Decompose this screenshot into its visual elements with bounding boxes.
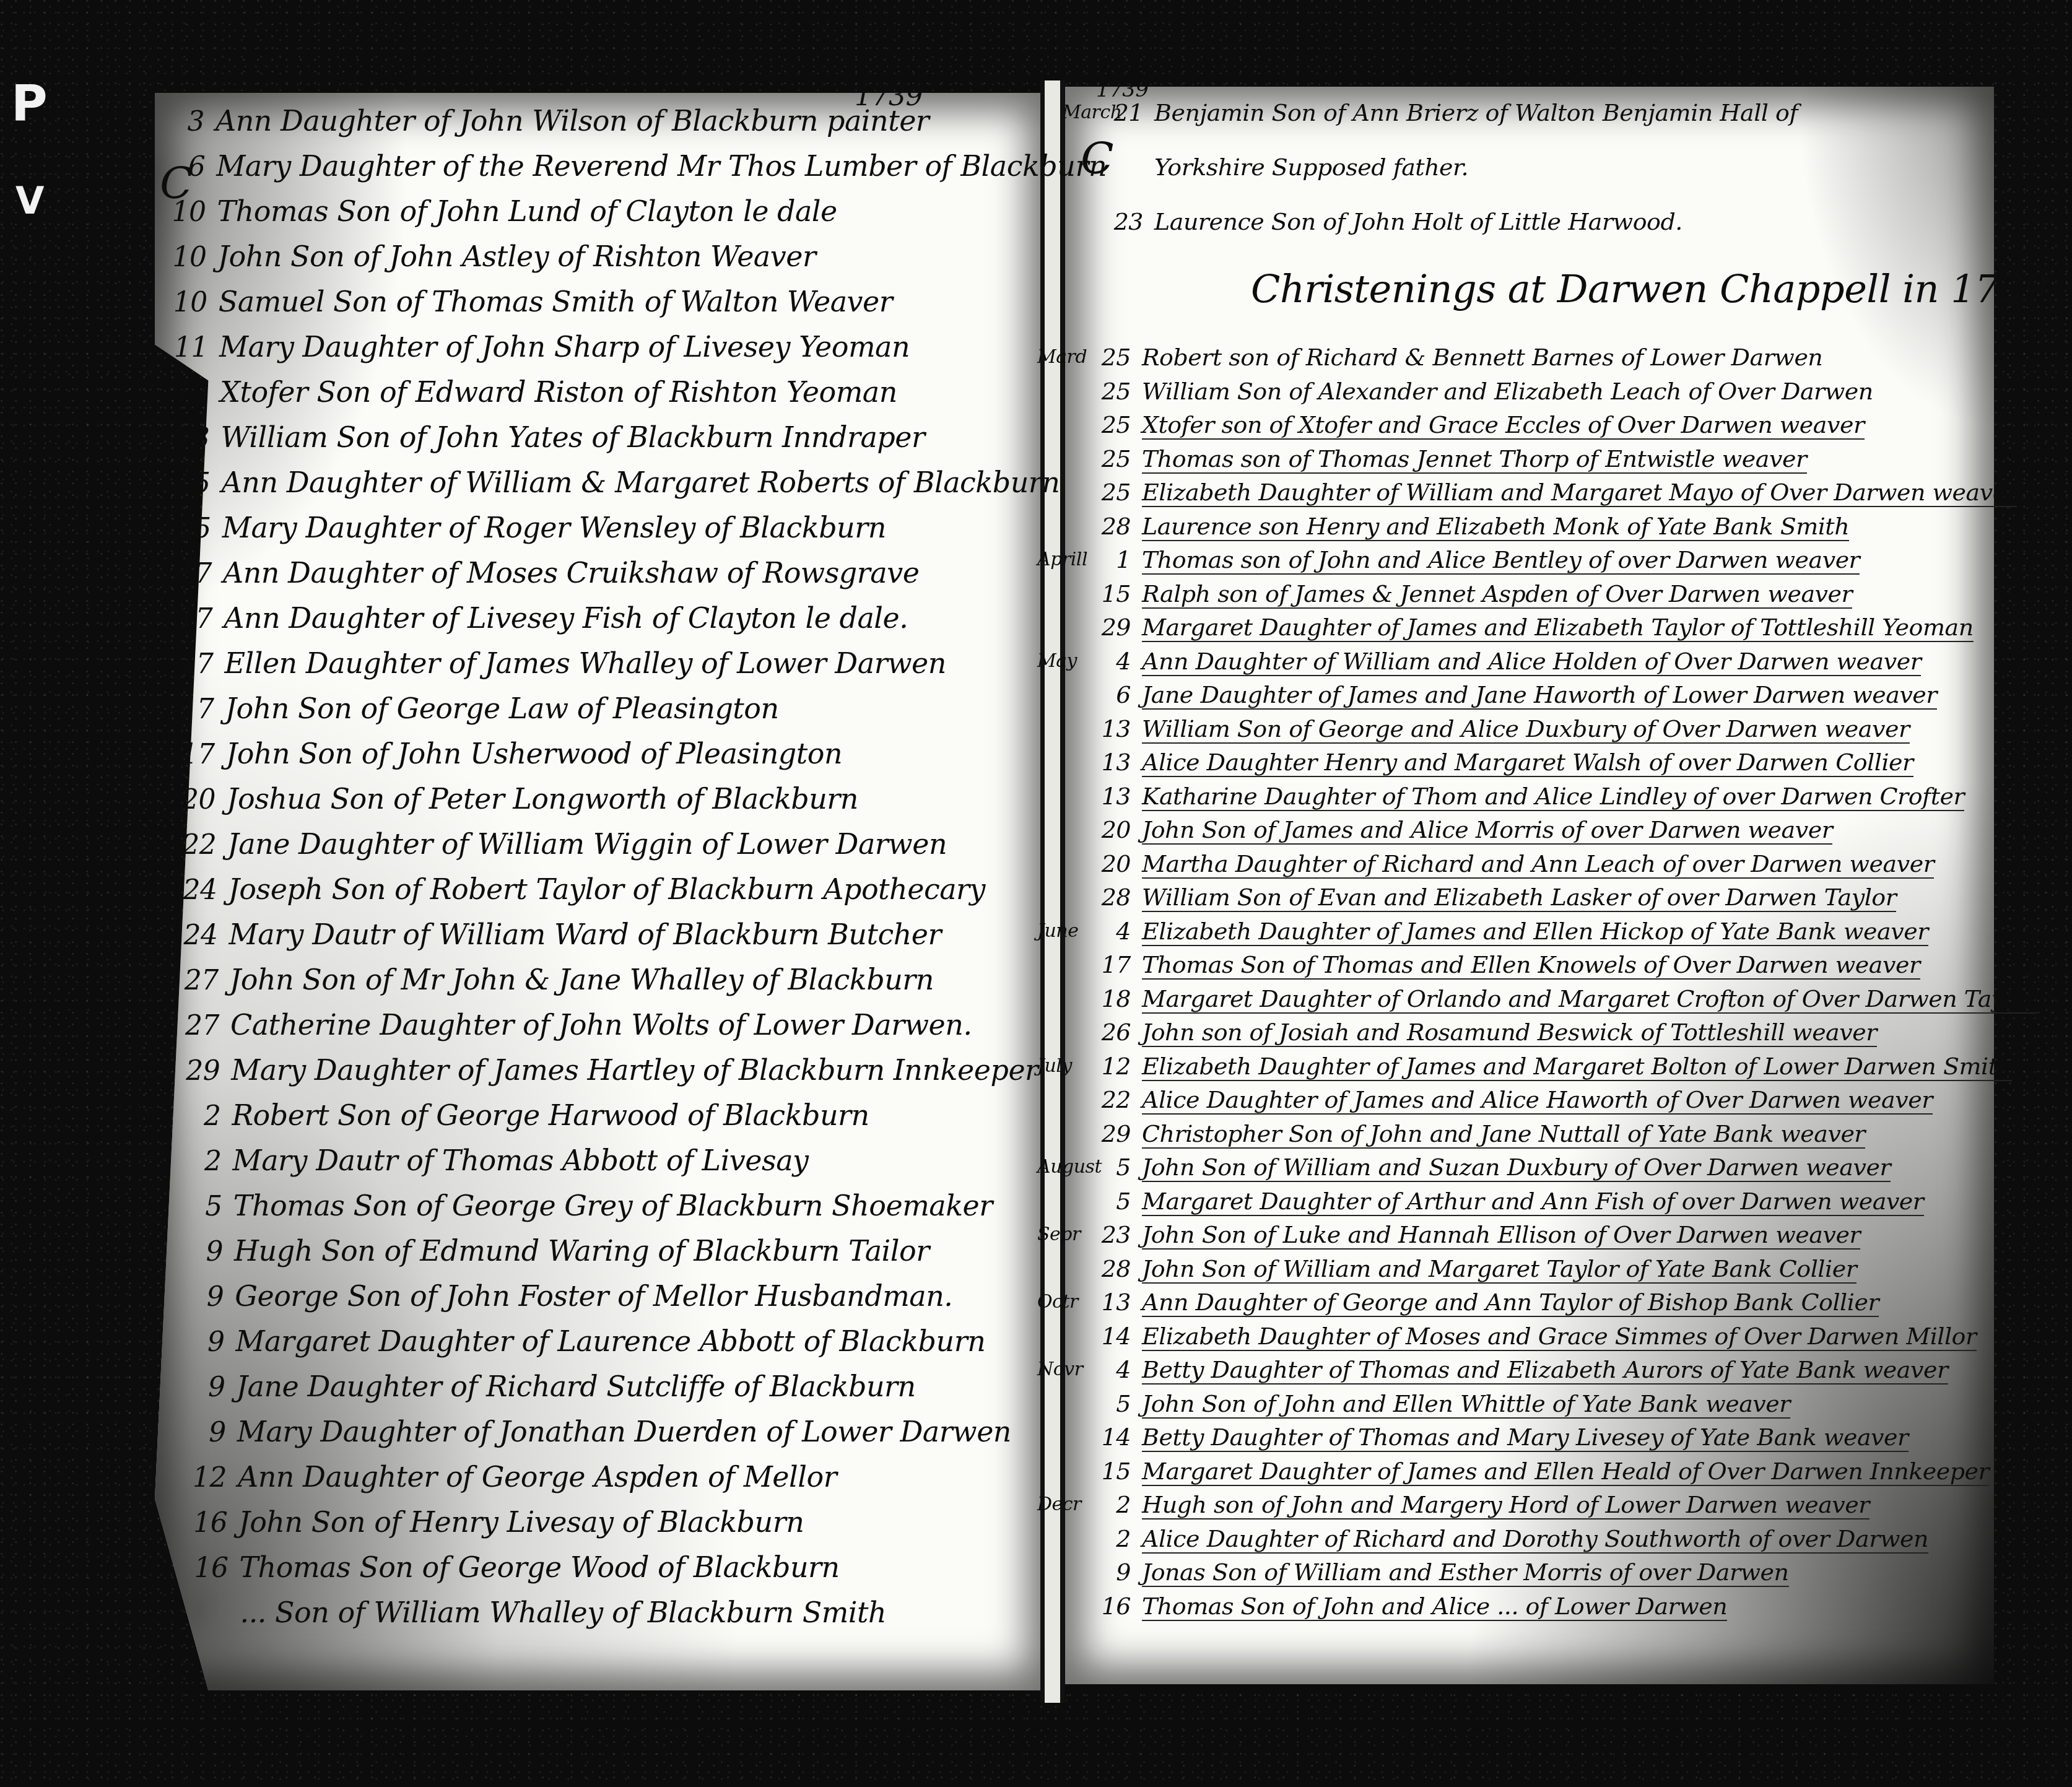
register-entry: 20Martha Daughter of Richard and Ann Lea… bbox=[1096, 850, 1934, 879]
entry-text: John Son of Luke and Hannah Ellison of O… bbox=[1142, 1221, 1860, 1250]
entry-text: Catherine Daughter of John Wolts of Lowe… bbox=[230, 1008, 972, 1041]
entry-text: Hugh son of John and Margery Hord of Low… bbox=[1142, 1491, 1870, 1520]
entry-text: Ralph son of James & Jennet Aspden of Ov… bbox=[1142, 580, 1852, 609]
register-entry: 29Margaret Daughter of James and Elizabe… bbox=[1096, 614, 1974, 642]
register-entry: 15Margaret Daughter of James and Ellen H… bbox=[1096, 1458, 1989, 1486]
entry-text: ... Son of William Whalley of Blackburn … bbox=[240, 1596, 887, 1629]
entry-day: 13 bbox=[172, 422, 209, 454]
entry-text: William Son of Evan and Elizabeth Lasker… bbox=[1142, 884, 1896, 912]
entry-text: Margaret Daughter of Arthur and Ann Fish… bbox=[1142, 1188, 1924, 1216]
register-entry: 17Thomas Son of Thomas and Ellen Knowels… bbox=[1096, 951, 1920, 980]
register-entry: 14Betty Daughter of Thomas and Mary Live… bbox=[1096, 1424, 1909, 1452]
entry-month: June bbox=[1037, 920, 1078, 942]
register-entry: May4Ann Daughter of William and Alice Ho… bbox=[1096, 648, 1921, 676]
register-entry: 5John Son of John and Ellen Whittle of Y… bbox=[1096, 1390, 1790, 1419]
register-entry: 2Mary Dautr of Thomas Abbott of Livesay bbox=[185, 1144, 809, 1177]
entry-day: 22 bbox=[1096, 1086, 1131, 1113]
entry-text: Thomas son of Thomas Jennet Thorp of Ent… bbox=[1142, 445, 1807, 474]
entry-text: Mary Daughter of Jonathan Duerden of Low… bbox=[237, 1415, 1011, 1448]
entry-day: 14 bbox=[1096, 1323, 1131, 1350]
register-entry: 24Mary Dautr of William Ward of Blackbur… bbox=[181, 918, 942, 951]
entry-text: Mary Daughter of James Hartley of Blackb… bbox=[231, 1053, 1038, 1087]
entry-text: Samuel Son of Thomas Smith of Walton Wea… bbox=[219, 285, 892, 318]
entry-text: William Son of George and Alice Duxbury … bbox=[1142, 715, 1910, 744]
register-entry: ... Son of William Whalley of Blackburn … bbox=[192, 1596, 887, 1629]
entry-text: Robert Son of George Harwood of Blackbur… bbox=[232, 1098, 869, 1132]
entry-day: 2 bbox=[183, 1100, 220, 1132]
entry-day: 15 bbox=[174, 513, 211, 544]
entry-text: Thomas Son of George Wood of Blackburn bbox=[239, 1550, 839, 1584]
entry-day: 5 bbox=[1096, 1188, 1131, 1215]
entry-month: Sepr bbox=[1037, 1224, 1081, 1245]
entry-text: John Son of Mr John & Jane Whalley of Bl… bbox=[230, 963, 934, 996]
entry-text: Xtofer Son of Edward Riston of Rishton Y… bbox=[220, 375, 897, 409]
entry-day: 5 bbox=[1096, 1390, 1131, 1417]
entry-text: Laurence son Henry and Elizabeth Monk of… bbox=[1142, 513, 1849, 541]
register-entry: 27John Son of Mr John & Jane Whalley of … bbox=[181, 963, 934, 996]
entry-day: 9 bbox=[186, 1236, 223, 1267]
entry-text: Ellen Daughter of James Whalley of Lower… bbox=[224, 646, 946, 680]
register-entry: 15Mary Daughter of Roger Wensley of Blac… bbox=[174, 511, 886, 544]
register-entry: August5John Son of William and Suzan Dux… bbox=[1096, 1154, 1891, 1182]
entry-day: 12 bbox=[1096, 1053, 1131, 1080]
entry-text: Jonas Son of William and Esther Morris o… bbox=[1142, 1559, 1789, 1587]
entry-day: 3 bbox=[167, 106, 204, 137]
entry-text: Mary Daughter of Roger Wensley of Blackb… bbox=[222, 511, 886, 544]
entry-text: Thomas Son of George Grey of Blackburn S… bbox=[233, 1189, 993, 1222]
register-entry: 5Margaret Daughter of Arthur and Ann Fis… bbox=[1096, 1188, 1924, 1216]
register-entry: 22Jane Daughter of William Wiggin of Low… bbox=[179, 827, 947, 861]
entry-day: 17 bbox=[175, 603, 212, 635]
register-entry: 13Katharine Daughter of Thom and Alice L… bbox=[1096, 783, 1964, 811]
register-entry: 24Joseph Son of Robert Taylor of Blackbu… bbox=[180, 872, 985, 906]
entry-text: William Son of Alexander and Elizabeth L… bbox=[1142, 378, 1873, 405]
entry-day: 13 bbox=[172, 377, 209, 409]
entry-day: 13 bbox=[1096, 715, 1131, 742]
register-entry: 13William Son of John Yates of Blackburn… bbox=[172, 420, 925, 454]
entry-month: Decr bbox=[1037, 1494, 1081, 1515]
entry-text: Jane Daughter of Richard Sutcliffe of Bl… bbox=[237, 1370, 916, 1403]
entry-text: Joseph Son of Robert Taylor of Blackburn… bbox=[228, 872, 985, 906]
entry-text: William Son of John Yates of Blackburn I… bbox=[220, 420, 925, 454]
entry-month: August bbox=[1037, 1156, 1102, 1178]
entry-text: Ann Daughter of George and Ann Taylor of… bbox=[1142, 1289, 1879, 1317]
entry-text: Elizabeth Daughter of James and Ellen Hi… bbox=[1142, 918, 1928, 946]
register-entry: 14Elizabeth Daughter of Moses and Grace … bbox=[1096, 1323, 1977, 1351]
entry-day: 29 bbox=[183, 1055, 220, 1087]
entry-day: 10 bbox=[168, 196, 206, 228]
register-entry: Yorkshire Supposed father. bbox=[1108, 154, 1468, 181]
register-entry: 2Alice Daughter of Richard and Dorothy S… bbox=[1096, 1525, 1928, 1554]
register-entry: 17Ann Daughter of Moses Cruikshaw of Row… bbox=[175, 556, 919, 589]
entry-month: Aprill bbox=[1037, 549, 1087, 570]
entry-text: Ann Daughter of William & Margaret Rober… bbox=[222, 466, 1060, 499]
entry-text: Alice Daughter of Richard and Dorothy So… bbox=[1142, 1525, 1928, 1554]
entry-text: John Son of John Usherwood of Pleasingto… bbox=[226, 737, 842, 770]
register-entry: 9George Son of John Foster of Mellor Hus… bbox=[186, 1279, 952, 1313]
entry-day: 20 bbox=[1096, 816, 1131, 843]
entry-text: John Son of John Astley of Rishton Weave… bbox=[218, 240, 816, 273]
register-entry: 20John Son of James and Alice Morris of … bbox=[1096, 816, 1832, 845]
entry-text: Elizabeth Daughter of James and Margaret… bbox=[1142, 1053, 2012, 1081]
entry-text: Ann Daughter of John Wilson of Blackburn… bbox=[215, 104, 929, 137]
register-entry: 25Thomas son of Thomas Jennet Thorp of E… bbox=[1096, 445, 1807, 474]
register-entry: 5Thomas Son of George Grey of Blackburn … bbox=[185, 1189, 993, 1222]
register-entry: 28William Son of Evan and Elizabeth Lask… bbox=[1096, 884, 1896, 912]
entry-day: 15 bbox=[173, 467, 211, 499]
register-entry: 13Xtofer Son of Edward Riston of Rishton… bbox=[172, 375, 897, 409]
entry-text: Xtofer son of Xtofer and Grace Eccles of… bbox=[1142, 411, 1865, 440]
entry-text: Mary Daughter of John Sharp of Livesey Y… bbox=[219, 330, 910, 363]
register-entry: 9Margaret Daughter of Laurence Abbott of… bbox=[187, 1324, 985, 1358]
register-entry: March21Benjamin Son of Ann Brierz of Wal… bbox=[1108, 99, 1798, 126]
entry-day: 17 bbox=[176, 648, 213, 680]
entry-text: John Son of James and Alice Morris of ov… bbox=[1142, 816, 1832, 845]
register-entry: 6Jane Daughter of James and Jane Haworth… bbox=[1096, 681, 1937, 710]
entry-day: 29 bbox=[1096, 614, 1131, 641]
entry-day: 29 bbox=[1096, 1120, 1131, 1147]
entry-day: 18 bbox=[1096, 985, 1131, 1012]
entry-month: Octr bbox=[1037, 1291, 1078, 1313]
entry-text: Thomas Son of John Lund of Clayton le da… bbox=[217, 194, 837, 228]
register-entry: July12Elizabeth Daughter of James and Ma… bbox=[1096, 1053, 2012, 1081]
entry-day: 16 bbox=[190, 1507, 227, 1539]
film-frame-mark: P bbox=[11, 74, 48, 132]
entry-text: Christopher Son of John and Jane Nuttall… bbox=[1142, 1120, 1865, 1149]
entry-text: John Son of William and Suzan Duxbury of… bbox=[1142, 1154, 1891, 1182]
entry-day: 25 bbox=[1096, 344, 1131, 371]
entry-text: Joshua Son of Peter Longworth of Blackbu… bbox=[227, 782, 858, 815]
entry-day: 10 bbox=[170, 241, 207, 273]
entry-day: 1 bbox=[1096, 546, 1131, 573]
entry-text: Ann Daughter of George Aspden of Mellor bbox=[238, 1460, 837, 1494]
entry-text: Katharine Daughter of Thom and Alice Lin… bbox=[1142, 783, 1964, 811]
entry-day: 9 bbox=[186, 1281, 224, 1313]
register-entry: 28Laurence son Henry and Elizabeth Monk … bbox=[1096, 513, 1849, 541]
entry-text: Margaret Daughter of James and Elizabeth… bbox=[1142, 614, 1974, 642]
entry-day: 25 bbox=[1096, 479, 1131, 506]
entry-day: 23 bbox=[1108, 208, 1143, 235]
entry-day: 25 bbox=[1096, 445, 1131, 472]
film-frame-mark: V bbox=[15, 180, 44, 223]
entry-text: Thomas son of John and Alice Bentley of … bbox=[1142, 546, 1860, 575]
entry-day: 22 bbox=[179, 829, 216, 861]
register-entry: 9Hugh Son of Edmund Waring of Blackburn … bbox=[186, 1234, 929, 1267]
entry-text: Betty Daughter of Thomas and Elizabeth A… bbox=[1142, 1356, 1948, 1385]
entry-text: Ann Daughter of Moses Cruikshaw of Rowsg… bbox=[223, 556, 919, 589]
entry-text: John Son of Henry Livesay of Blackburn bbox=[238, 1505, 804, 1539]
entry-text: Robert son of Richard & Bennett Barnes o… bbox=[1142, 344, 1822, 371]
register-entry: 25Xtofer son of Xtofer and Grace Eccles … bbox=[1096, 411, 1865, 440]
register-entry: 11Mary Daughter of John Sharp of Livesey… bbox=[171, 330, 910, 363]
register-entry: Octr13Ann Daughter of George and Ann Tay… bbox=[1096, 1289, 1879, 1317]
entry-day: 27 bbox=[181, 965, 219, 996]
entry-text: Yorkshire Supposed father. bbox=[1154, 154, 1468, 181]
entry-text: Jane Daughter of William Wiggin of Lower… bbox=[227, 827, 947, 861]
register-entry: 16John Son of Henry Livesay of Blackburn bbox=[190, 1505, 804, 1539]
register-entry: 6Mary Daughter of the Reverend Mr Thos L… bbox=[168, 149, 1107, 183]
entry-day: 9 bbox=[188, 1372, 225, 1403]
entry-day: 11 bbox=[171, 332, 208, 363]
entry-day: 14 bbox=[1096, 1424, 1131, 1451]
register-entry: 10Samuel Son of Thomas Smith of Walton W… bbox=[170, 285, 892, 318]
year-annotation: 1739 bbox=[1096, 77, 1149, 102]
register-entry: 16Thomas Son of John and Alice ... of Lo… bbox=[1096, 1593, 1727, 1621]
entry-day: 23 bbox=[1096, 1221, 1131, 1248]
entry-day: 16 bbox=[191, 1552, 228, 1584]
register-entry: 13William Son of George and Alice Duxbur… bbox=[1096, 715, 1910, 744]
register-entry: 17Ann Daughter of Livesey Fish of Clayto… bbox=[175, 601, 908, 635]
register-entry: 29Mary Daughter of James Hartley of Blac… bbox=[183, 1053, 1038, 1087]
entry-month: July bbox=[1037, 1055, 1072, 1077]
entry-day: 5 bbox=[185, 1191, 222, 1222]
entry-day: 24 bbox=[181, 920, 218, 951]
entry-text: Thomas Son of John and Alice ... of Lowe… bbox=[1142, 1593, 1727, 1621]
entry-day: 13 bbox=[1096, 783, 1131, 810]
entry-day: 4 bbox=[1096, 1356, 1131, 1383]
entry-text: George Son of John Foster of Mellor Husb… bbox=[235, 1279, 952, 1313]
entry-text: Laurence Son of John Holt of Little Harw… bbox=[1154, 208, 1682, 235]
register-entry: 13Alice Daughter Henry and Margaret Wals… bbox=[1096, 749, 1913, 777]
entry-day: 20 bbox=[1096, 850, 1131, 877]
register-entry: 25Elizabeth Daughter of William and Marg… bbox=[1096, 479, 2017, 507]
entry-day: 26 bbox=[1096, 1019, 1131, 1046]
entry-text: John Son of William and Margaret Taylor … bbox=[1142, 1255, 1857, 1284]
entry-day: 13 bbox=[1096, 1289, 1131, 1316]
register-entry: 18Margaret Daughter of Orlando and Marga… bbox=[1096, 985, 2037, 1014]
section-heading: Christenings at Darwen Chappell in 1739 bbox=[1251, 266, 2047, 311]
entry-day: 17 bbox=[175, 558, 212, 589]
register-entry: Mar3Ann Daughter of John Wilson of Black… bbox=[167, 104, 929, 137]
entry-day: 17 bbox=[1096, 951, 1131, 978]
entry-day: 17 bbox=[178, 739, 215, 770]
register-entry: 17John Son of John Usherwood of Pleasing… bbox=[178, 737, 842, 770]
entry-text: Mary Dautr of Thomas Abbott of Livesay bbox=[233, 1144, 809, 1177]
entry-day: 2 bbox=[1096, 1525, 1131, 1552]
register-entry: Sepr23John Son of Luke and Hannah Elliso… bbox=[1096, 1221, 1860, 1250]
entry-text: Margaret Daughter of Laurence Abbott of … bbox=[235, 1324, 985, 1358]
register-entry: Mard2Robert Son of George Harwood of Bla… bbox=[183, 1098, 869, 1132]
entry-text: Mary Dautr of William Ward of Blackburn … bbox=[229, 918, 942, 951]
entry-day: 4 bbox=[1096, 648, 1131, 675]
entry-text: Mary Daughter of the Reverend Mr Thos Lu… bbox=[216, 149, 1107, 183]
register-entry: 29Christopher Son of John and Jane Nutta… bbox=[1096, 1120, 1865, 1149]
register-entry: Aprill1Thomas son of John and Alice Bent… bbox=[1096, 546, 1860, 575]
register-entry: 16Thomas Son of George Wood of Blackburn bbox=[191, 1550, 839, 1584]
entry-month: Mard bbox=[1037, 346, 1087, 368]
entry-text: John son of Josiah and Rosamund Beswick … bbox=[1142, 1019, 1877, 1047]
register-entry: 26John son of Josiah and Rosamund Beswic… bbox=[1096, 1019, 1877, 1047]
entry-day: 15 bbox=[1096, 1458, 1131, 1485]
entry-day: 24 bbox=[180, 874, 217, 906]
entry-month: Novr bbox=[1037, 1359, 1083, 1380]
book-gutter bbox=[1045, 80, 1060, 1703]
register-entry: 25William Son of Alexander and Elizabeth… bbox=[1096, 378, 1873, 405]
entry-day: 25 bbox=[1096, 411, 1131, 438]
entry-day: 10 bbox=[170, 287, 207, 318]
register-entry: 20Joshua Son of Peter Longworth of Black… bbox=[178, 782, 858, 815]
register-entry: 28John Son of William and Margaret Taylo… bbox=[1096, 1255, 1857, 1284]
entry-day: 9 bbox=[1096, 1559, 1131, 1586]
entry-text: Margaret Daughter of James and Ellen Hea… bbox=[1142, 1458, 1989, 1486]
entry-day: 28 bbox=[1096, 1255, 1131, 1282]
register-entry: 15Ralph son of James & Jennet Aspden of … bbox=[1096, 580, 1852, 609]
entry-day: 20 bbox=[178, 784, 215, 815]
register-entry: 22Alice Daughter of James and Alice Hawo… bbox=[1096, 1086, 1933, 1115]
register-entry: 9Jane Daughter of Richard Sutcliffe of B… bbox=[188, 1370, 916, 1403]
entry-month: Mar bbox=[99, 107, 137, 128]
entry-text: Elizabeth Daughter of William and Margar… bbox=[1142, 479, 2017, 507]
entry-day: 2 bbox=[1096, 1491, 1131, 1518]
entry-month: March bbox=[1062, 102, 1122, 123]
register-entry: 9Mary Daughter of Jonathan Duerden of Lo… bbox=[189, 1415, 1011, 1448]
entry-text: Jane Daughter of James and Jane Haworth … bbox=[1142, 681, 1937, 710]
entry-day: 6 bbox=[1096, 681, 1131, 708]
entry-text: Martha Daughter of Richard and Ann Leach… bbox=[1142, 850, 1934, 879]
entry-text: Alice Daughter of James and Alice Hawort… bbox=[1142, 1086, 1933, 1115]
register-entry: 17John Son of George Law of Pleasington bbox=[177, 692, 779, 725]
entry-day: 16 bbox=[1096, 1593, 1131, 1620]
register-entry: June4Elizabeth Daughter of James and Ell… bbox=[1096, 918, 1928, 946]
register-entry: 10Thomas Son of John Lund of Clayton le … bbox=[168, 194, 837, 228]
entry-day: 2 bbox=[185, 1146, 222, 1177]
entry-day: 13 bbox=[1096, 749, 1131, 776]
entry-text: Ann Daughter of William and Alice Holden… bbox=[1142, 648, 1921, 676]
entry-day: 9 bbox=[189, 1417, 226, 1448]
register-entry: 9Jonas Son of William and Esther Morris … bbox=[1096, 1559, 1789, 1587]
entry-day: 12 bbox=[189, 1462, 227, 1494]
entry-text: Alice Daughter Henry and Margaret Walsh … bbox=[1142, 749, 1913, 777]
entry-day: 6 bbox=[168, 151, 205, 183]
entry-text: Thomas Son of Thomas and Ellen Knowels o… bbox=[1142, 951, 1920, 980]
entry-text: Ann Daughter of Livesey Fish of Clayton … bbox=[224, 601, 908, 635]
register-entry: 17Ellen Daughter of James Whalley of Low… bbox=[176, 646, 946, 680]
register-entry: Mard25Robert son of Richard & Bennett Ba… bbox=[1096, 344, 1822, 371]
register-entry: 15Ann Daughter of William & Margaret Rob… bbox=[173, 466, 1060, 499]
register-entry: 10John Son of John Astley of Rishton Wea… bbox=[170, 240, 816, 273]
entry-day: 4 bbox=[1096, 918, 1131, 945]
entry-text: Benjamin Son of Ann Brierz of Walton Ben… bbox=[1154, 99, 1798, 126]
page-gutter-right-edge bbox=[1060, 80, 1064, 1703]
entry-text: John Son of George Law of Pleasington bbox=[225, 692, 779, 725]
entry-text: Margaret Daughter of Orlando and Margare… bbox=[1142, 985, 2037, 1014]
entry-day: 27 bbox=[182, 1010, 219, 1041]
entry-month: Mard bbox=[115, 1101, 165, 1123]
entry-text: Hugh Son of Edmund Waring of Blackburn T… bbox=[234, 1234, 929, 1267]
entry-day: 28 bbox=[1096, 513, 1131, 540]
entry-day: 15 bbox=[1096, 580, 1131, 607]
register-entry: 23Laurence Son of John Holt of Little Ha… bbox=[1108, 208, 1682, 235]
register-entry: Novr4Betty Daughter of Thomas and Elizab… bbox=[1096, 1356, 1948, 1385]
entry-day: 28 bbox=[1096, 884, 1131, 911]
entry-text: John Son of John and Ellen Whittle of Ya… bbox=[1142, 1390, 1790, 1419]
register-entry: 12Ann Daughter of George Aspden of Mello… bbox=[189, 1460, 837, 1494]
entry-day: 25 bbox=[1096, 378, 1131, 405]
register-entry: Decr2Hugh son of John and Margery Hord o… bbox=[1096, 1491, 1870, 1520]
entry-text: Elizabeth Daughter of Moses and Grace Si… bbox=[1142, 1323, 1977, 1351]
entry-text: Betty Daughter of Thomas and Mary Livese… bbox=[1142, 1424, 1909, 1452]
entry-day: 9 bbox=[187, 1326, 224, 1358]
register-entry: 27Catherine Daughter of John Wolts of Lo… bbox=[182, 1008, 972, 1041]
page-gutter-left-edge bbox=[1040, 80, 1045, 1703]
entry-month: May bbox=[1037, 650, 1077, 672]
entry-day: 17 bbox=[177, 693, 214, 725]
